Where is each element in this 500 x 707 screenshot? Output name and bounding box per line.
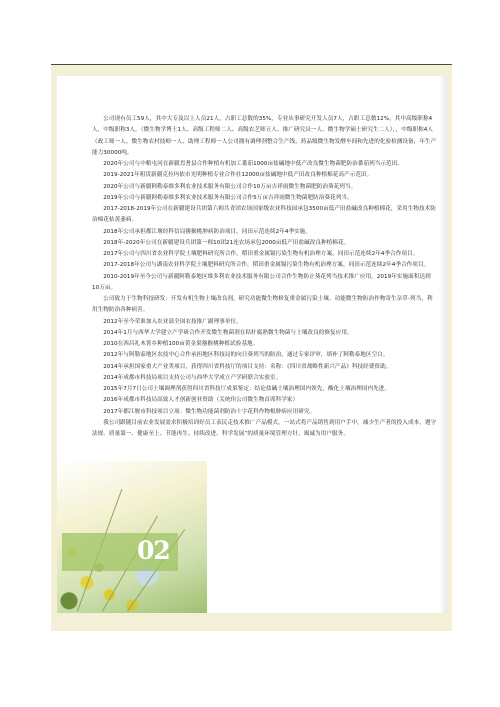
paragraph: 2017年都江堰市科技项目立项：微生物功能菌剂防治十字花科作物根肿病应用研究。 xyxy=(92,407,437,418)
paragraph: 2014年成都市科技局项目支持公司与西华大学成立产学研联合实验室。 xyxy=(92,373,437,384)
paragraph: 我公司跟随目前农业发展需求积极培训好员工表民走技术推广产品模式，一站式将产品销售… xyxy=(92,418,437,441)
paragraph: 2014年承担国家重大产业类项目，获得四川省科技厅的项目支持：名称：《四川省战略… xyxy=(92,362,437,373)
paragraph: 2017年公司与四川省农业科学院土壤肥料研究所合作，稻田重金属镉污染生物有机治理… xyxy=(92,249,437,260)
paragraph: 2020年公司与新疆阿勒泰维多利农业技术服务有限公司合作10万亩吉祥雨微生物菌肥… xyxy=(92,182,437,193)
paragraph: 2012年与阿勒泰地区农技中心合作承担地区科技局的向日葵列当的防治，通过专家评审… xyxy=(92,350,437,361)
paragraph: 2020年公司与中粮屯河在新疆焉耆县合作种植有机加工番茄1000亩盐碱地中低产改… xyxy=(92,159,437,170)
paragraph: 2018年-2020年公司在新疆建设兵团第一师10团21连农场承包2000亩低产… xyxy=(92,238,437,249)
paragraph: 2019年公司与新疆阿勒泰维多利农业技术服务有限公司合作5万亩吉祥雨微生物菌肥防… xyxy=(92,193,437,204)
paragraph: 2014年1月与西华大学建立产学研合作开发微生物菌剂在秸秆腐熟微生物菌与土壤改良… xyxy=(92,328,437,339)
document-page: 公司现有员工59人，其中大专及以上人员21人，占职工总数的35%，专业从事研究开… xyxy=(57,76,447,613)
page-edge-shadow xyxy=(439,76,447,613)
page-number-box: 02 xyxy=(62,533,178,571)
paragraph: 2018年公司承担都江堰经科信局猕猴桃肿病防治项目，同田示范连续2年4季实施。 xyxy=(92,227,437,238)
paragraph: 2010在西昌礼木箐乡种植100亩黄金果猕猴桃种植试验基地。 xyxy=(92,339,437,350)
paragraph: 2016年成都市科技局高致人才创新创业资助（关统伟公司微生物首席科学家） xyxy=(92,395,437,406)
paragraph: 公司现有员工59人，其中大专及以上人员21人，占职工总数的35%，专业从事研究开… xyxy=(92,114,437,159)
paragraph: 2015年7月7日公司土壤调理剂获得四川省科技厅成果鉴定：结论盐碱土壤治理国内领… xyxy=(92,384,437,395)
page-number: 02 xyxy=(137,536,170,565)
paragraph: 公司致力于生物科技研发：开发有机生物土壤改良剂，研究功能微生物修复重金属污染土壤… xyxy=(92,294,437,317)
paragraph: 2017-2018-2019年公司在新疆建设兵团第六师共青团农场国家级农业科技园… xyxy=(92,204,437,227)
paragraph: 2017-2018年公司与湖南农业科学院土壤肥料研究所合作，稻田重金属镉污染生物… xyxy=(92,260,437,271)
body-text: 公司现有员工59人，其中大专及以上人员21人，占职工总数的35%，专业从事研究开… xyxy=(92,114,437,440)
paragraph: 2012年至今荣准加入农业部全国农技推广副理事单位。 xyxy=(92,317,437,328)
paragraph: 2010-2019年至今公司与新疆阿勒泰地区维多利农业技术服务有限公司合作生物防… xyxy=(92,272,437,295)
paragraph: 2019-2021年租赁新疆克拉玛依市光明种植专业合作社12000亩盐碱地中低产… xyxy=(92,170,437,181)
